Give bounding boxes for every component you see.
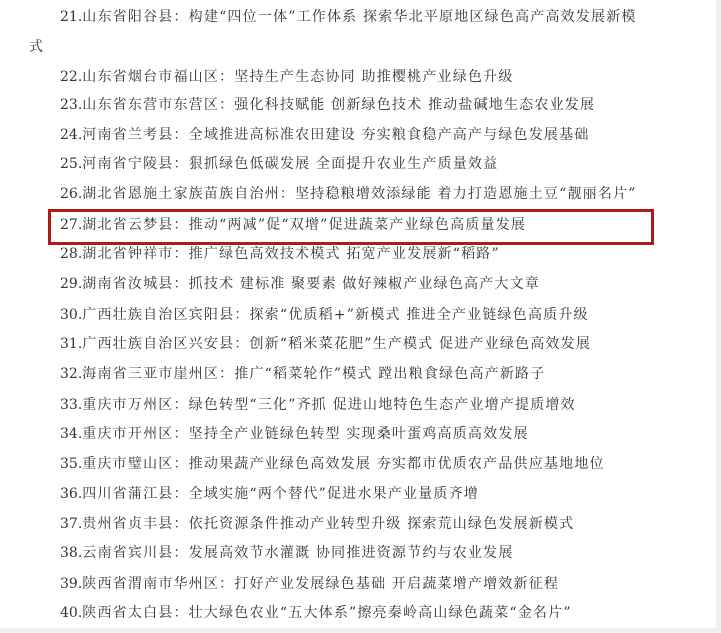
list-item-38: 38.云南省宾川县：发展高效节水灌溉 协同推进资源节约与农业发展 xyxy=(60,544,514,562)
item-text: 重庆市开州区：坚持全产业链绿色转型 实现桑叶蛋鸡高质高效发展 xyxy=(82,426,528,442)
item-text: 湖北省钟祥市：推广绿色高效技术模式 拓宽产业发展新“稻路” xyxy=(82,246,500,262)
item-text: 河南省宁陵县：狠抓绿色低碳发展 全面提升农业生产质量效益 xyxy=(82,156,498,172)
item-text: 海南省三亚市崖州区：推广“稻菜轮作”模式 蹚出粮食绿色高产新路子 xyxy=(82,366,545,382)
item-text: 重庆市万州区：绿色转型“三化”齐抓 促进山地特色生态产业增产提质增效 xyxy=(82,397,576,413)
item-text: 湖南省汝城县：抓技术 建标准 聚要素 做好辣椒产业绿色高产大文章 xyxy=(82,276,540,292)
item-text: 山东省阳谷县：构建“四位一体”工作体系 探索华北平原地区绿色高产高效发展新模 xyxy=(82,9,636,25)
item-number: 25. xyxy=(60,156,82,172)
list-item-28: 28.湖北省钟祥市：推广绿色高效技术模式 拓宽产业发展新“稻路” xyxy=(60,245,500,263)
list-item-29: 29.湖南省汝城县：抓技术 建标准 聚要素 做好辣椒产业绿色高产大文章 xyxy=(60,275,540,293)
item-number: 30. xyxy=(60,307,82,323)
list-item-25: 25.河南省宁陵县：狠抓绿色低碳发展 全面提升农业生产质量效益 xyxy=(60,155,498,173)
item-number: 36. xyxy=(60,486,82,502)
item-number: 23. xyxy=(60,97,82,113)
item-number: 29. xyxy=(60,276,82,292)
item-number: 40. xyxy=(60,605,82,621)
item-number: 37. xyxy=(60,516,82,532)
list-item-26: 26.湖北省恩施土家族苗族自治州：坚持稳粮增效添绿能 着力打造恩施土豆“靓丽名片… xyxy=(60,185,637,203)
item-number: 33. xyxy=(60,397,82,413)
list-item-33: 33.重庆市万州区：绿色转型“三化”齐抓 促进山地特色生态产业增产提质增效 xyxy=(60,396,576,414)
list-item-24: 24.河南省兰考县：全域推进高标准农田建设 夯实粮食稳产高产与绿色发展基础 xyxy=(60,126,590,144)
item-number: 32. xyxy=(60,366,82,382)
item-number: 22. xyxy=(60,69,82,85)
list-item-30: 30.广西壮族自治区宾阳县：探索“优质稻+”新模式 推进全产业链绿色高质升级 xyxy=(60,306,589,324)
item-number: 28. xyxy=(60,246,82,262)
item-text: 山东省东营市东营区：强化科技赋能 创新绿色技术 推动盐碱地生态农业发展 xyxy=(82,97,595,113)
list-item-32: 32.海南省三亚市崖州区：推广“稻菜轮作”模式 蹚出粮食绿色高产新路子 xyxy=(60,365,545,383)
item-number: 31. xyxy=(60,336,82,352)
item-number: 24. xyxy=(60,127,82,143)
item-number: 26. xyxy=(60,186,82,202)
list-item-31: 31.广西壮族自治区兴安县：创新“稻米菜花肥”生产模式 促进产业绿色高效发展 xyxy=(60,335,591,353)
list-item-21: 21.山东省阳谷县：构建“四位一体”工作体系 探索华北平原地区绿色高产高效发展新… xyxy=(60,8,637,26)
item-text: 河南省兰考县：全域推进高标准农田建设 夯实粮食稳产高产与绿色发展基础 xyxy=(82,127,589,143)
list-item-36: 36.四川省蒲江县：全域实施“两个替代”促进水果产业量质齐增 xyxy=(60,485,479,503)
item-text: 贵州省贞丰县：依托资源条件推动产业转型升级 探索荒山绿色发展新模式 xyxy=(82,516,574,532)
item-text: 山东省烟台市福山区：坚持生产生态协同 助推樱桃产业绿色升级 xyxy=(82,69,513,85)
item-number: 27. xyxy=(60,217,82,233)
item-number: 35. xyxy=(60,456,82,472)
item-text: 陕西省太白县：壮大绿色农业“五大体系”擦亮秦岭高山绿色蔬菜“金名片” xyxy=(82,605,571,621)
item-text: 重庆市璧山区：推动果蔬产业绿色高效发展 夯实都市优质农产品供应基地地位 xyxy=(82,456,604,472)
list-item-22: 22.山东省烟台市福山区：坚持生产生态协同 助推樱桃产业绿色升级 xyxy=(60,68,514,86)
list-item-34: 34.重庆市开州区：坚持全产业链绿色转型 实现桑叶蛋鸡高质高效发展 xyxy=(60,425,529,443)
list-item-27: 27.湖北省云梦县：推动“两减”促“双增”促进蔬菜产业绿色高质量发展 xyxy=(60,216,526,234)
list-item-39: 39.陕西省渭南市华州区：打好产业发展绿色基础 开启蔬菜增产增效新征程 xyxy=(60,575,559,593)
list-item-40: 40.陕西省太白县：壮大绿色农业“五大体系”擦亮秦岭高山绿色蔬菜“金名片” xyxy=(60,604,572,622)
item-text: 湖北省云梦县：推动“两减”促“双增”促进蔬菜产业绿色高质量发展 xyxy=(82,217,526,233)
item-number: 38. xyxy=(60,545,82,561)
item-text: 广西壮族自治区兴安县：创新“稻米菜花肥”生产模式 促进产业绿色高效发展 xyxy=(82,336,591,352)
list-item-23: 23.山东省东营市东营区：强化科技赋能 创新绿色技术 推动盐碱地生态农业发展 xyxy=(60,96,595,114)
item-number: 21. xyxy=(60,9,82,25)
item-text: 陕西省渭南市华州区：打好产业发展绿色基础 开启蔬菜增产增效新征程 xyxy=(82,576,559,592)
item-number: 39. xyxy=(60,576,82,592)
item-text: 广西壮族自治区宾阳县：探索“优质稻+”新模式 推进全产业链绿色高质升级 xyxy=(82,307,589,323)
list-item-35: 35.重庆市璧山区：推动果蔬产业绿色高效发展 夯实都市优质农产品供应基地地位 xyxy=(60,455,605,473)
item-number: 34. xyxy=(60,426,82,442)
item-text: 云南省宾川县：发展高效节水灌溉 协同推进资源节约与农业发展 xyxy=(82,545,513,561)
item-text: 四川省蒲江县：全域实施“两个替代”促进水果产业量质齐增 xyxy=(82,486,479,502)
list-item-37: 37.贵州省贞丰县：依托资源条件推动产业转型升级 探索荒山绿色发展新模式 xyxy=(60,515,574,533)
document-page: 21.山东省阳谷县：构建“四位一体”工作体系 探索华北平原地区绿色高产高效发展新… xyxy=(0,0,716,628)
list-item-21-continuation: 式 xyxy=(29,38,44,56)
item-text: 湖北省恩施土家族苗族自治州：坚持稳粮增效添绿能 着力打造恩施土豆“靓丽名片” xyxy=(82,186,636,202)
